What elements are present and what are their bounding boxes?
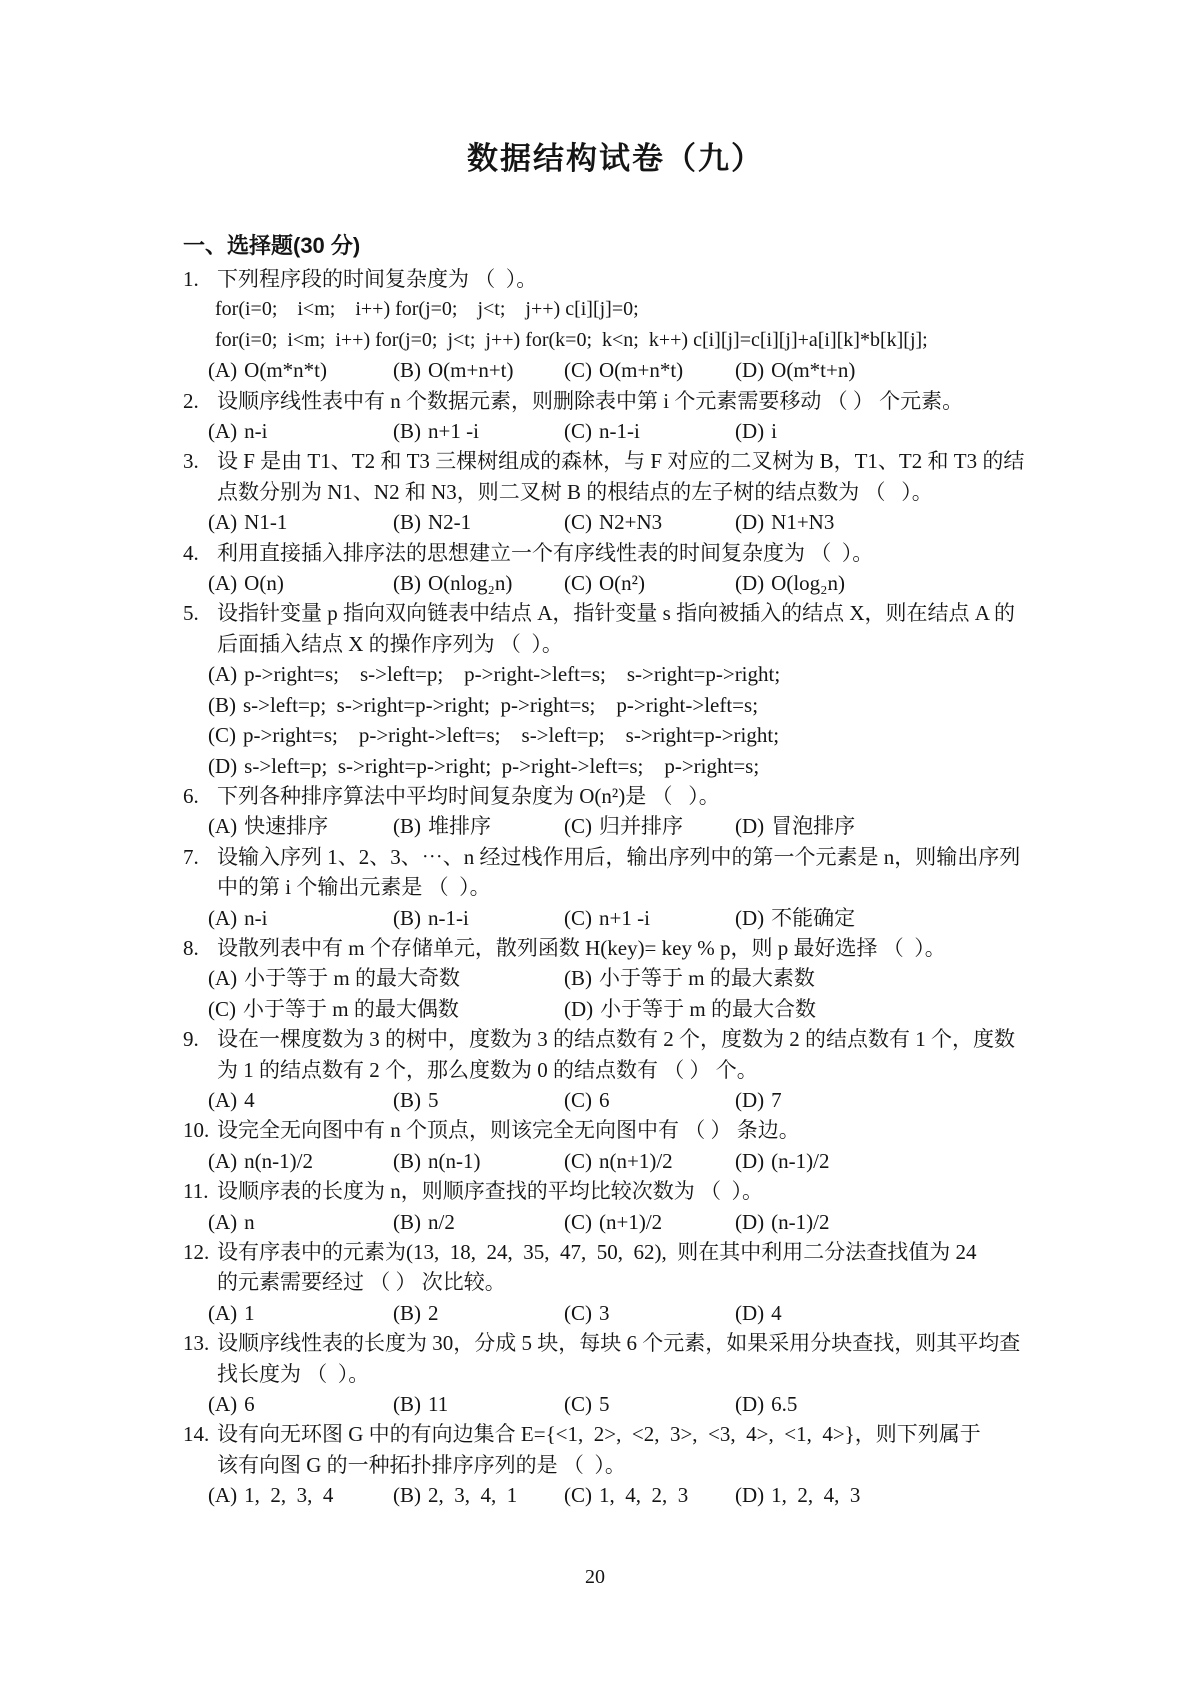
- option-label: (A): [208, 358, 237, 382]
- question-text-line: 9.设在一棵度数为 3 的树中，度数为 3 的结点数有 2 个，度数为 2 的结…: [183, 1024, 1048, 1054]
- page-content: 数据结构试卷（九） 一、选择题(30 分) 1.下列程序段的时间复杂度为 （ ）…: [183, 142, 1048, 1511]
- option-c: (C)N2+N3: [564, 507, 735, 537]
- option-c: (C)归并排序: [564, 811, 735, 841]
- page-number: 20: [0, 1566, 1190, 1589]
- option-b: (B)小于等于 m 的最大素数: [564, 963, 1048, 993]
- option-label: (C): [564, 358, 592, 382]
- option-label: (A): [208, 1088, 237, 1112]
- option-a: (A)n(n-1)/2: [208, 1146, 393, 1176]
- option-label: (B): [393, 1392, 421, 1416]
- options-row: (A)小于等于 m 的最大奇数(B)小于等于 m 的最大素数(C)小于等于 m …: [183, 963, 1048, 1024]
- option-label: (B): [393, 814, 421, 838]
- question-number: 7.: [183, 842, 217, 872]
- question-text-line: 2.设顺序线性表中有 n 个数据元素，则删除表中第 i 个元素需要移动 （ ） …: [183, 386, 1048, 416]
- option-text: 小于等于 m 的最大合数: [600, 997, 816, 1021]
- option-label: (C): [564, 1088, 592, 1112]
- option-a: (A)p->right=s; s->left=p; p->right->left…: [208, 659, 1048, 689]
- question-text: 设完全无向图中有 n 个顶点，则该完全无向图中有 （ ） 条边。: [217, 1115, 800, 1145]
- option-text: 7: [771, 1088, 782, 1112]
- option-text: O(nlog₂n): [428, 571, 512, 595]
- question-text-line: 中的第 i 个输出元素是 （ ）。: [183, 872, 1048, 902]
- code-line: for(i=0; i<m; i++) for(j=0; j<t; j++) c[…: [183, 294, 1048, 324]
- option-text: i: [771, 419, 777, 443]
- option-a: (A)6: [208, 1389, 393, 1419]
- option-text: 小于等于 m 的最大偶数: [243, 997, 459, 1021]
- option-label: (B): [393, 510, 421, 534]
- option-d: (D)s->left=p; s->right=p->right; p->righ…: [208, 751, 1048, 781]
- option-text: n-i: [244, 906, 267, 930]
- option-label: (A): [208, 1149, 237, 1173]
- question-item: 11.设顺序表的长度为 n，则顺序查找的平均比较次数为 （ ）。(A)n(B)n…: [183, 1176, 1048, 1237]
- question-text: 设在一棵度数为 3 的树中，度数为 3 的结点数有 2 个，度数为 2 的结点数…: [217, 1024, 1015, 1054]
- option-text: O(m+n+t): [428, 358, 514, 382]
- question-text: 设顺序线性表的长度为 30，分成 5 块，每块 6 个元素，如果采用分块查找，则…: [217, 1328, 1020, 1358]
- option-text: (n-1)/2: [771, 1149, 829, 1173]
- option-d: (D)1, 2, 4, 3: [735, 1480, 1048, 1510]
- option-label: (C): [564, 1149, 592, 1173]
- option-text: (n-1)/2: [771, 1210, 829, 1234]
- option-text: O(log₂n): [771, 571, 845, 595]
- options-row: (A)4(B)5(C)6(D)7: [183, 1085, 1048, 1115]
- options-row: (A)p->right=s; s->left=p; p->right->left…: [183, 659, 1048, 781]
- option-b: (B)11: [393, 1389, 564, 1419]
- option-c: (C)p->right=s; p->right->left=s; s->left…: [208, 720, 1048, 750]
- option-b: (B)5: [393, 1085, 564, 1115]
- options-row: (A)O(n)(B)O(nlog₂n)(C)O(n²)(D)O(log₂n): [183, 568, 1048, 598]
- question-text-line: 该有向图 G 的一种拓扑排序序列的是 （ ）。: [183, 1450, 1048, 1480]
- option-d: (D)6.5: [735, 1389, 1048, 1419]
- question-item: 3.设 F 是由 T1、T2 和 T3 三棵树组成的森林，与 F 对应的二叉树为…: [183, 446, 1048, 537]
- option-text: n(n-1)/2: [244, 1149, 313, 1173]
- option-b: (B)n(n-1): [393, 1146, 564, 1176]
- option-label: (A): [208, 510, 237, 534]
- option-text: n: [244, 1210, 255, 1234]
- question-item: 13.设顺序线性表的长度为 30，分成 5 块，每块 6 个元素，如果采用分块查…: [183, 1328, 1048, 1419]
- option-b: (B)2, 3, 4, 1: [393, 1480, 564, 1510]
- option-label: (A): [208, 1301, 237, 1325]
- option-c: (C)3: [564, 1298, 735, 1328]
- question-text: 下列程序段的时间复杂度为 （ ）。: [217, 264, 537, 294]
- option-text: n+1 -i: [428, 419, 479, 443]
- option-label: (C): [208, 723, 236, 747]
- option-text: 6.5: [771, 1392, 797, 1416]
- option-label: (C): [208, 997, 236, 1021]
- option-label: (D): [735, 571, 764, 595]
- option-text: N2+N3: [599, 510, 662, 534]
- option-label: (D): [735, 1210, 764, 1234]
- question-number: 13.: [183, 1328, 217, 1358]
- option-c: (C)(n+1)/2: [564, 1207, 735, 1237]
- option-text: 不能确定: [771, 906, 855, 930]
- question-text: 找长度为 （ ）。: [217, 1359, 369, 1389]
- option-label: (B): [393, 1149, 421, 1173]
- question-text-line: 4.利用直接插入排序法的思想建立一个有序线性表的时间复杂度为 （ ）。: [183, 538, 1048, 568]
- option-label: (C): [564, 1392, 592, 1416]
- options-row: (A)n-i(B)n-1-i(C)n+1 -i(D)不能确定: [183, 903, 1048, 933]
- option-label: (A): [208, 419, 237, 443]
- option-text: 11: [428, 1392, 448, 1416]
- option-text: N1-1: [244, 510, 287, 534]
- question-text: 设散列表中有 m 个存储单元，散列函数 H(key)= key % p，则 p …: [217, 933, 946, 963]
- option-label: (B): [393, 906, 421, 930]
- question-text-line: 6.下列各种排序算法中平均时间复杂度为 O(n²)是 （ ）。: [183, 781, 1048, 811]
- option-text: 6: [599, 1088, 610, 1112]
- question-item: 10.设完全无向图中有 n 个顶点，则该完全无向图中有 （ ） 条边。(A)n(…: [183, 1115, 1048, 1176]
- option-label: (D): [735, 1088, 764, 1112]
- option-text: 5: [428, 1088, 439, 1112]
- question-number: 5.: [183, 598, 217, 628]
- option-text: 快速排序: [244, 814, 328, 838]
- question-text-line: 8.设散列表中有 m 个存储单元，散列函数 H(key)= key % p，则 …: [183, 933, 1048, 963]
- option-text: N2-1: [428, 510, 471, 534]
- option-text: n/2: [428, 1210, 455, 1234]
- option-label: (C): [564, 510, 592, 534]
- option-d: (D)4: [735, 1298, 1048, 1328]
- option-d: (D)N1+N3: [735, 507, 1048, 537]
- question-item: 1.下列程序段的时间复杂度为 （ ）。for(i=0; i<m; i++) fo…: [183, 264, 1048, 386]
- option-d: (D)O(log₂n): [735, 568, 1048, 598]
- option-b: (B)堆排序: [393, 811, 564, 841]
- exam-page: { "page": { "title": "数据结构试卷（九）", "page_…: [0, 0, 1190, 1683]
- option-text: 3: [599, 1301, 610, 1325]
- option-a: (A)1, 2, 3, 4: [208, 1480, 393, 1510]
- question-text-line: 10.设完全无向图中有 n 个顶点，则该完全无向图中有 （ ） 条边。: [183, 1115, 1048, 1145]
- option-label: (D): [564, 997, 593, 1021]
- question-text-line: 12.设有序表中的元素为(13, 18, 24, 35, 47, 50, 62)…: [183, 1237, 1048, 1267]
- options-row: (A)n(B)n/2(C)(n+1)/2(D)(n-1)/2: [183, 1207, 1048, 1237]
- option-label: (C): [564, 906, 592, 930]
- question-item: 9.设在一棵度数为 3 的树中，度数为 3 的结点数有 2 个，度数为 2 的结…: [183, 1024, 1048, 1115]
- option-label: (D): [735, 358, 764, 382]
- option-text: n(n-1): [428, 1149, 480, 1173]
- option-label: (D): [735, 419, 764, 443]
- option-b: (B)O(m+n+t): [393, 355, 564, 385]
- question-item: 14.设有向无环图 G 中的有向边集合 E={<1, 2>, <2, 3>, <…: [183, 1419, 1048, 1510]
- options-row: (A)n(n-1)/2(B)n(n-1)(C)n(n+1)/2(D)(n-1)/…: [183, 1146, 1048, 1176]
- option-text: 4: [771, 1301, 782, 1325]
- option-text: 4: [244, 1088, 255, 1112]
- option-text: 1: [244, 1301, 255, 1325]
- question-text: 中的第 i 个输出元素是 （ ）。: [217, 872, 491, 902]
- question-item: 6.下列各种排序算法中平均时间复杂度为 O(n²)是 （ ）。(A)快速排序(B…: [183, 781, 1048, 842]
- option-text: 6: [244, 1392, 255, 1416]
- option-text: n+1 -i: [599, 906, 650, 930]
- question-text: 下列各种排序算法中平均时间复杂度为 O(n²)是 （ ）。: [217, 781, 720, 811]
- question-item: 4.利用直接插入排序法的思想建立一个有序线性表的时间复杂度为 （ ）。(A)O(…: [183, 538, 1048, 599]
- options-row: (A)O(m*n*t)(B)O(m+n+t)(C)O(m+n*t)(D)O(m*…: [183, 355, 1048, 385]
- option-a: (A)O(m*n*t): [208, 355, 393, 385]
- option-text: n-1-i: [428, 906, 469, 930]
- option-label: (A): [208, 814, 237, 838]
- option-label: (C): [564, 1210, 592, 1234]
- option-label: (C): [564, 1301, 592, 1325]
- question-number: 9.: [183, 1024, 217, 1054]
- option-label: (D): [735, 906, 764, 930]
- question-text-line: 找长度为 （ ）。: [183, 1359, 1048, 1389]
- option-text: 小于等于 m 的最大奇数: [244, 966, 460, 990]
- option-label: (B): [208, 693, 236, 717]
- option-a: (A)小于等于 m 的最大奇数: [208, 963, 564, 993]
- question-number: 14.: [183, 1419, 217, 1449]
- option-b: (B)O(nlog₂n): [393, 568, 564, 598]
- option-text: s->left=p; s->right=p->right; p->right->…: [244, 754, 759, 778]
- option-text: n(n+1)/2: [599, 1149, 673, 1173]
- option-d: (D)(n-1)/2: [735, 1207, 1048, 1237]
- option-label: (A): [208, 906, 237, 930]
- option-label: (D): [208, 754, 237, 778]
- question-item: 2.设顺序线性表中有 n 个数据元素，则删除表中第 i 个元素需要移动 （ ） …: [183, 386, 1048, 447]
- option-label: (C): [564, 814, 592, 838]
- option-b: (B)n+1 -i: [393, 416, 564, 446]
- option-a: (A)4: [208, 1085, 393, 1115]
- option-label: (D): [735, 1483, 764, 1507]
- option-label: (D): [735, 1149, 764, 1173]
- question-number: 2.: [183, 386, 217, 416]
- question-text-line: 的元素需要经过 （ ） 次比较。: [183, 1267, 1048, 1297]
- option-d: (D)O(m*t+n): [735, 355, 1048, 385]
- option-label: (A): [208, 571, 237, 595]
- question-text-line: 后面插入结点 X 的操作序列为 （ ）。: [183, 629, 1048, 659]
- option-b: (B)s->left=p; s->right=p->right; p->righ…: [208, 690, 1048, 720]
- option-label: (A): [208, 1392, 237, 1416]
- question-number: 6.: [183, 781, 217, 811]
- option-label: (A): [208, 1483, 237, 1507]
- question-text: 利用直接插入排序法的思想建立一个有序线性表的时间复杂度为 （ ）。: [217, 538, 873, 568]
- options-row: (A)快速排序(B)堆排序(C)归并排序(D)冒泡排序: [183, 811, 1048, 841]
- question-list: 1.下列程序段的时间复杂度为 （ ）。for(i=0; i<m; i++) fo…: [183, 264, 1048, 1511]
- question-text-line: 11.设顺序表的长度为 n，则顺序查找的平均比较次数为 （ ）。: [183, 1176, 1048, 1206]
- option-d: (D)7: [735, 1085, 1048, 1115]
- options-row: (A)n-i(B)n+1 -i(C)n-1-i(D)i: [183, 416, 1048, 446]
- option-a: (A)n-i: [208, 903, 393, 933]
- option-text: 2, 3, 4, 1: [428, 1483, 517, 1507]
- options-row: (A)6(B)11(C)5(D)6.5: [183, 1389, 1048, 1419]
- question-text-line: 点数分别为 N1、N2 和 N3，则二叉树 B 的根结点的左子树的结点数为 （ …: [183, 477, 1048, 507]
- option-b: (B)n-1-i: [393, 903, 564, 933]
- question-text: 设顺序线性表中有 n 个数据元素，则删除表中第 i 个元素需要移动 （ ） 个元…: [217, 386, 963, 416]
- option-text: (n+1)/2: [599, 1210, 662, 1234]
- question-number: 8.: [183, 933, 217, 963]
- option-c: (C)O(n²): [564, 568, 735, 598]
- options-row: (A)N1-1(B)N2-1(C)N2+N3(D)N1+N3: [183, 507, 1048, 537]
- option-c: (C)n-1-i: [564, 416, 735, 446]
- option-text: 1, 4, 2, 3: [599, 1483, 688, 1507]
- question-text-line: 7.设输入序列 1、2、3、⋯、n 经过栈作用后，输出序列中的第一个元素是 n，…: [183, 842, 1048, 872]
- options-row: (A)1, 2, 3, 4(B)2, 3, 4, 1(C)1, 4, 2, 3(…: [183, 1480, 1048, 1510]
- option-text: n-1-i: [599, 419, 640, 443]
- option-c: (C)n+1 -i: [564, 903, 735, 933]
- option-label: (B): [393, 419, 421, 443]
- option-label: (D): [735, 510, 764, 534]
- question-number: 11.: [183, 1176, 217, 1206]
- option-text: 堆排序: [428, 814, 491, 838]
- option-label: (C): [564, 419, 592, 443]
- option-label: (B): [393, 1088, 421, 1112]
- option-label: (B): [393, 571, 421, 595]
- option-c: (C)小于等于 m 的最大偶数: [208, 994, 564, 1024]
- option-d: (D)i: [735, 416, 1048, 446]
- option-a: (A)n: [208, 1207, 393, 1237]
- option-text: 1, 2, 4, 3: [771, 1483, 860, 1507]
- option-label: (D): [735, 814, 764, 838]
- option-text: O(m+n*t): [599, 358, 683, 382]
- option-b: (B)2: [393, 1298, 564, 1328]
- option-d: (D)(n-1)/2: [735, 1146, 1048, 1176]
- option-label: (B): [564, 966, 592, 990]
- question-text: 设输入序列 1、2、3、⋯、n 经过栈作用后，输出序列中的第一个元素是 n，则输…: [217, 842, 1020, 872]
- question-text: 后面插入结点 X 的操作序列为 （ ）。: [217, 629, 563, 659]
- question-number: 4.: [183, 538, 217, 568]
- question-number: 12.: [183, 1237, 217, 1267]
- question-text: 设顺序表的长度为 n，则顺序查找的平均比较次数为 （ ）。: [217, 1176, 763, 1206]
- option-text: O(n²): [599, 571, 645, 595]
- option-label: (A): [208, 1210, 237, 1234]
- option-label: (D): [735, 1301, 764, 1325]
- question-text-line: 5.设指针变量 p 指向双向链表中结点 A，指针变量 s 指向被插入的结点 X，…: [183, 598, 1048, 628]
- options-row: (A)1(B)2(C)3(D)4: [183, 1298, 1048, 1328]
- option-label: (B): [393, 358, 421, 382]
- code-line: for(i=0; i<m; i++) for(j=0; j<t; j++) fo…: [183, 325, 1048, 355]
- option-c: (C)6: [564, 1085, 735, 1115]
- option-b: (B)n/2: [393, 1207, 564, 1237]
- option-b: (B)N2-1: [393, 507, 564, 537]
- question-text-line: 13.设顺序线性表的长度为 30，分成 5 块，每块 6 个元素，如果采用分块查…: [183, 1328, 1048, 1358]
- option-text: 冒泡排序: [771, 814, 855, 838]
- option-label: (B): [393, 1210, 421, 1234]
- option-label: (D): [735, 1392, 764, 1416]
- option-label: (A): [208, 662, 237, 686]
- option-d: (D)不能确定: [735, 903, 1048, 933]
- option-label: (C): [564, 571, 592, 595]
- question-text-line: 14.设有向无环图 G 中的有向边集合 E={<1, 2>, <2, 3>, <…: [183, 1419, 1048, 1449]
- question-text: 为 1 的结点数有 2 个，那么度数为 0 的结点数有 （ ） 个。: [217, 1055, 758, 1085]
- option-a: (A)N1-1: [208, 507, 393, 537]
- option-text: 1, 2, 3, 4: [244, 1483, 333, 1507]
- question-item: 5.设指针变量 p 指向双向链表中结点 A，指针变量 s 指向被插入的结点 X，…: [183, 598, 1048, 780]
- option-text: 2: [428, 1301, 439, 1325]
- option-text: 归并排序: [599, 814, 683, 838]
- section-heading: 一、选择题(30 分): [183, 232, 1048, 260]
- option-c: (C)n(n+1)/2: [564, 1146, 735, 1176]
- question-number: 10.: [183, 1115, 217, 1145]
- option-text: 5: [599, 1392, 610, 1416]
- option-text: p->right=s; s->left=p; p->right->left=s;…: [244, 662, 780, 686]
- option-text: p->right=s; p->right->left=s; s->left=p;…: [243, 723, 779, 747]
- option-label: (B): [393, 1483, 421, 1507]
- question-text: 该有向图 G 的一种拓扑排序序列的是 （ ）。: [217, 1450, 626, 1480]
- option-a: (A)O(n): [208, 568, 393, 598]
- option-text: O(n): [244, 571, 284, 595]
- option-text: s->left=p; s->right=p->right; p->right=s…: [243, 693, 758, 717]
- question-text: 点数分别为 N1、N2 和 N3，则二叉树 B 的根结点的左子树的结点数为 （ …: [217, 477, 933, 507]
- question-item: 12.设有序表中的元素为(13, 18, 24, 35, 47, 50, 62)…: [183, 1237, 1048, 1328]
- option-a: (A)快速排序: [208, 811, 393, 841]
- question-text: 设指针变量 p 指向双向链表中结点 A，指针变量 s 指向被插入的结点 X，则在…: [217, 598, 1015, 628]
- option-text: 小于等于 m 的最大素数: [599, 966, 815, 990]
- option-c: (C)1, 4, 2, 3: [564, 1480, 735, 1510]
- exam-title: 数据结构试卷（九）: [183, 142, 1048, 176]
- option-text: N1+N3: [771, 510, 834, 534]
- question-text: 的元素需要经过 （ ） 次比较。: [217, 1267, 506, 1297]
- question-text-line: 1.下列程序段的时间复杂度为 （ ）。: [183, 264, 1048, 294]
- option-c: (C)O(m+n*t): [564, 355, 735, 385]
- option-label: (A): [208, 966, 237, 990]
- question-text: 设有向无环图 G 中的有向边集合 E={<1, 2>, <2, 3>, <3, …: [217, 1419, 981, 1449]
- option-text: O(m*n*t): [244, 358, 327, 382]
- question-text: 设有序表中的元素为(13, 18, 24, 35, 47, 50, 62), 则…: [217, 1237, 976, 1267]
- option-a: (A)n-i: [208, 416, 393, 446]
- option-d: (D)小于等于 m 的最大合数: [564, 994, 1048, 1024]
- option-d: (D)冒泡排序: [735, 811, 1048, 841]
- question-text-line: 3.设 F 是由 T1、T2 和 T3 三棵树组成的森林，与 F 对应的二叉树为…: [183, 446, 1048, 476]
- question-number: 3.: [183, 446, 217, 476]
- question-text: 设 F 是由 T1、T2 和 T3 三棵树组成的森林，与 F 对应的二叉树为 B…: [217, 446, 1024, 476]
- option-a: (A)1: [208, 1298, 393, 1328]
- question-number: 1.: [183, 264, 217, 294]
- question-text-line: 为 1 的结点数有 2 个，那么度数为 0 的结点数有 （ ） 个。: [183, 1055, 1048, 1085]
- question-item: 7.设输入序列 1、2、3、⋯、n 经过栈作用后，输出序列中的第一个元素是 n，…: [183, 842, 1048, 933]
- question-item: 8.设散列表中有 m 个存储单元，散列函数 H(key)= key % p，则 …: [183, 933, 1048, 1024]
- option-label: (C): [564, 1483, 592, 1507]
- option-label: (B): [393, 1301, 421, 1325]
- option-text: O(m*t+n): [771, 358, 855, 382]
- option-text: n-i: [244, 419, 267, 443]
- option-c: (C)5: [564, 1389, 735, 1419]
